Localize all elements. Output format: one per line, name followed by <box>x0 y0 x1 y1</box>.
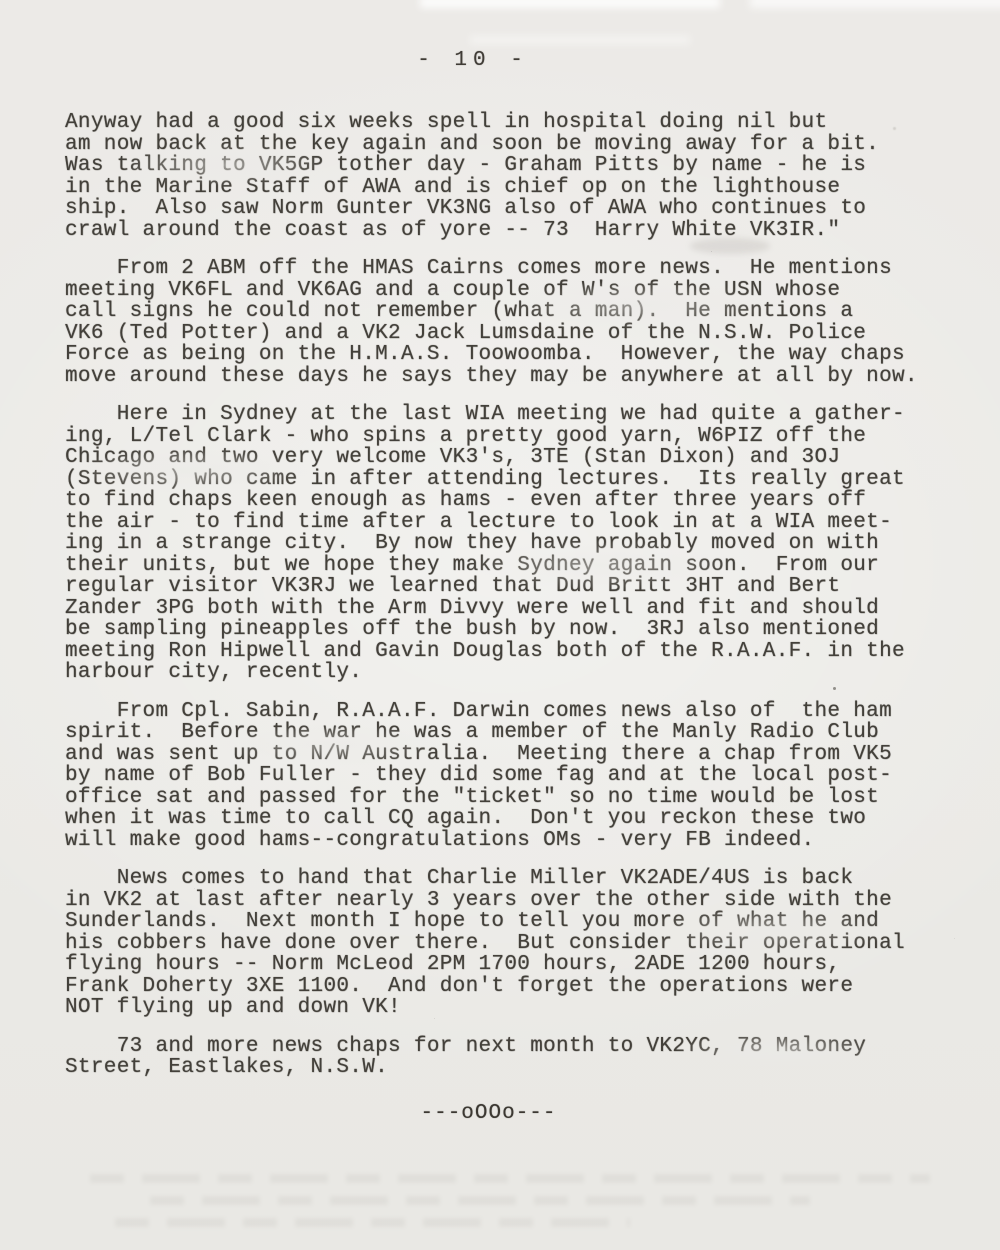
paragraph-6: 73 and more news chaps for next month to… <box>65 1036 942 1079</box>
scan-streak <box>750 0 1000 8</box>
bleed-through-line <box>150 1196 810 1205</box>
scan-streak <box>470 36 690 44</box>
page-content: Anyway had a good six weeks spell in hos… <box>65 112 942 1124</box>
paragraph-5: News comes to hand that Charlie Miller V… <box>65 868 942 1019</box>
page-number: - 10 - <box>0 50 946 72</box>
paragraph-4: From Cpl. Sabin, R.A.A.F. Darwin comes n… <box>65 701 942 852</box>
bleed-through-artifact <box>90 1174 930 1236</box>
scan-streak <box>420 0 720 8</box>
paragraph-3: Here in Sydney at the last WIA meeting w… <box>65 404 942 684</box>
document-page: - 10 - Anyway had a good six weeks spell… <box>0 0 1000 1250</box>
end-divider: ---oOOo--- <box>65 1103 912 1125</box>
bleed-through-line <box>90 1174 930 1183</box>
paragraph-1: Anyway had a good six weeks spell in hos… <box>65 112 942 241</box>
bleed-through-line <box>115 1218 630 1227</box>
paragraph-2: From 2 ABM off the HMAS Cairns comes mor… <box>65 258 942 387</box>
